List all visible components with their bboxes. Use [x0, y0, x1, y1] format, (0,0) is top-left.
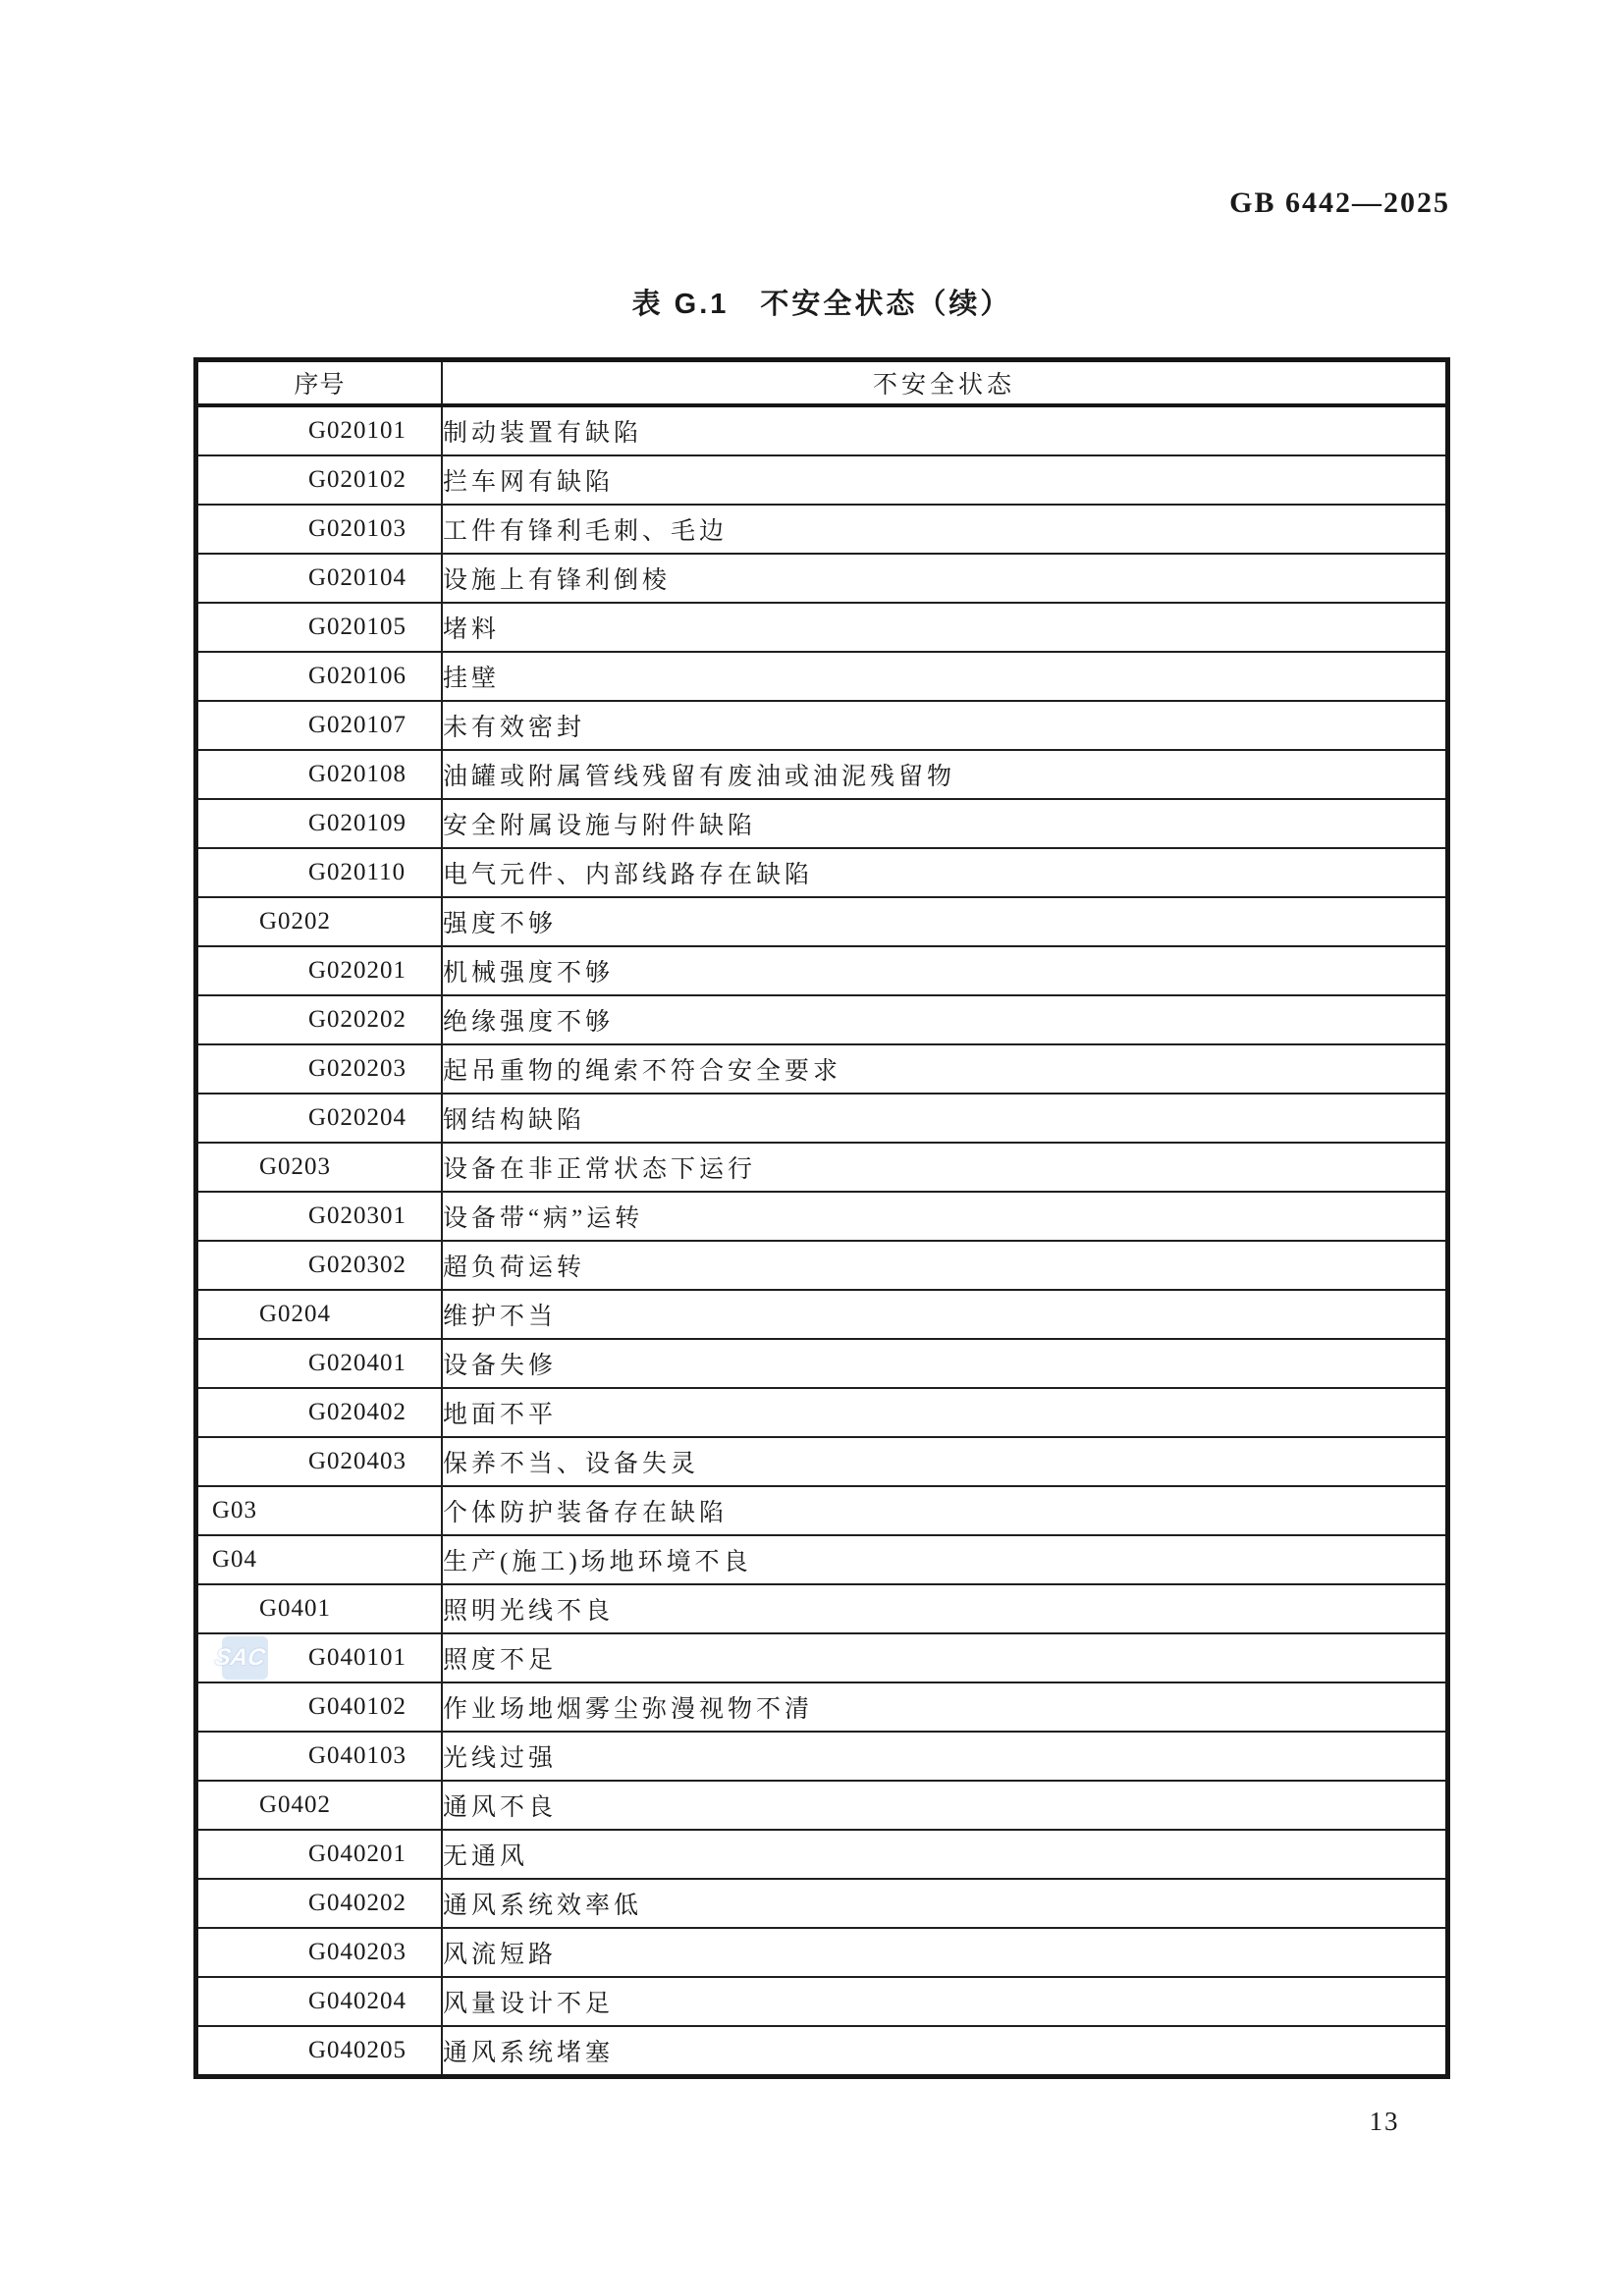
row-state-cell: 保养不当、设备失灵: [442, 1437, 1445, 1486]
row-serial-cell: G020301: [198, 1192, 442, 1241]
table-row: G020203 起吊重物的绳索不符合安全要求: [198, 1044, 1445, 1094]
row-state-cell: 照度不足: [442, 1633, 1445, 1682]
row-state-cell: 工件有锋利毛刺、毛边: [442, 505, 1445, 554]
row-serial-cell: G020302: [198, 1241, 442, 1290]
row-state-cell: 超负荷运转: [442, 1241, 1445, 1290]
row-state-cell: 风量设计不足: [442, 1977, 1445, 2026]
table-row: G040103 光线过强: [198, 1732, 1445, 1781]
table-row: G020108 油罐或附属管线残留有废油或油泥残留物: [198, 750, 1445, 799]
row-state-cell: 设施上有锋利倒棱: [442, 554, 1445, 603]
row-state-cell: 拦车网有缺陷: [442, 455, 1445, 505]
row-serial-cell: G0402: [198, 1781, 442, 1830]
row-state-cell: 通风系统堵塞: [442, 2026, 1445, 2074]
row-state-cell: 机械强度不够: [442, 946, 1445, 995]
table-row: G020109 安全附属设施与附件缺陷: [198, 799, 1445, 848]
table-row: G020302 超负荷运转: [198, 1241, 1445, 1290]
unsafe-state-table: 序号 不安全状态 G020101 制动装置有缺陷 G020102 拦车网有缺陷 …: [193, 357, 1450, 2079]
table-row: G0401 照明光线不良: [198, 1584, 1445, 1633]
row-state-cell: 电气元件、内部线路存在缺陷: [442, 848, 1445, 897]
table-row: G0203 设备在非正常状态下运行: [198, 1143, 1445, 1192]
sac-watermark-logo: SAC: [222, 1636, 268, 1680]
table-row: G020102 拦车网有缺陷: [198, 455, 1445, 505]
row-serial-cell: G040203: [198, 1928, 442, 1977]
row-serial-cell: G040103: [198, 1732, 442, 1781]
table-row: G040102 作业场地烟雾尘弥漫视物不清: [198, 1682, 1445, 1732]
row-serial-cell: G0202: [198, 897, 442, 946]
column-header-state: 不安全状态: [442, 362, 1445, 405]
row-state-cell: 设备带“病”运转: [442, 1192, 1445, 1241]
table-row: G040101 照度不足: [198, 1633, 1445, 1682]
row-serial-cell: G020104: [198, 554, 442, 603]
row-serial-cell: G020101: [198, 405, 442, 455]
row-serial-cell: G020107: [198, 701, 442, 750]
row-serial-cell: G020202: [198, 995, 442, 1044]
sac-watermark-text: SAC: [213, 1644, 267, 1672]
row-state-cell: 维护不当: [442, 1290, 1445, 1339]
row-state-cell: 未有效密封: [442, 701, 1445, 750]
row-state-cell: 无通风: [442, 1830, 1445, 1879]
table-row: G020101 制动装置有缺陷: [198, 405, 1445, 455]
row-serial-cell: G020105: [198, 603, 442, 652]
table-row: G03 个体防护装备存在缺陷: [198, 1486, 1445, 1535]
row-serial-cell: G020402: [198, 1388, 442, 1437]
row-serial-cell: G020403: [198, 1437, 442, 1486]
row-state-cell: 设备失修: [442, 1339, 1445, 1388]
column-header-serial: 序号: [198, 362, 442, 405]
row-state-cell: 钢结构缺陷: [442, 1094, 1445, 1143]
table-row: G020106 挂壁: [198, 652, 1445, 701]
table-row: G020110 电气元件、内部线路存在缺陷: [198, 848, 1445, 897]
table-row: G020107 未有效密封: [198, 701, 1445, 750]
row-serial-cell: G020110: [198, 848, 442, 897]
table-row: G020201 机械强度不够: [198, 946, 1445, 995]
row-serial-cell: G0203: [198, 1143, 442, 1192]
row-state-cell: 堵料: [442, 603, 1445, 652]
row-serial-cell: G040201: [198, 1830, 442, 1879]
row-serial-cell: G0401: [198, 1584, 442, 1633]
table-row: G04 生产(施工)场地环境不良: [198, 1535, 1445, 1584]
row-serial-cell: G040102: [198, 1682, 442, 1732]
table-row: G020301 设备带“病”运转: [198, 1192, 1445, 1241]
table-header-row: 序号 不安全状态: [198, 362, 1445, 405]
table-row: G0204 维护不当: [198, 1290, 1445, 1339]
row-serial-cell: G040204: [198, 1977, 442, 2026]
standard-number: GB 6442—2025: [193, 187, 1450, 220]
row-serial-cell: G0204: [198, 1290, 442, 1339]
row-serial-cell: G020103: [198, 505, 442, 554]
row-state-cell: 生产(施工)场地环境不良: [442, 1535, 1445, 1584]
row-serial-cell: G020201: [198, 946, 442, 995]
table-header: 序号 不安全状态: [198, 362, 1445, 405]
table-row: G040204 风量设计不足: [198, 1977, 1445, 2026]
table-row: G020103 工件有锋利毛刺、毛边: [198, 505, 1445, 554]
row-serial-cell: G020108: [198, 750, 442, 799]
row-state-cell: 通风系统效率低: [442, 1879, 1445, 1928]
table-row: G020402 地面不平: [198, 1388, 1445, 1437]
table-row: G0402 通风不良: [198, 1781, 1445, 1830]
unsafe-state-table-body: G020101 制动装置有缺陷 G020102 拦车网有缺陷 G020103 工…: [198, 405, 1445, 2074]
row-serial-cell: G040205: [198, 2026, 442, 2074]
row-state-cell: 油罐或附属管线残留有废油或油泥残留物: [442, 750, 1445, 799]
table-row: G040201 无通风: [198, 1830, 1445, 1879]
table-row: G020105 堵料: [198, 603, 1445, 652]
row-state-cell: 照明光线不良: [442, 1584, 1445, 1633]
row-state-cell: 强度不够: [442, 897, 1445, 946]
row-state-cell: 设备在非正常状态下运行: [442, 1143, 1445, 1192]
row-serial-cell: G040202: [198, 1879, 442, 1928]
table-row: G020401 设备失修: [198, 1339, 1445, 1388]
row-serial-cell: G020203: [198, 1044, 442, 1094]
table-row: G0202 强度不够: [198, 897, 1445, 946]
row-serial-cell: G020102: [198, 455, 442, 505]
table-row: G020202 绝缘强度不够: [198, 995, 1445, 1044]
row-state-cell: 安全附属设施与附件缺陷: [442, 799, 1445, 848]
row-serial-cell: G020204: [198, 1094, 442, 1143]
page-number: 13: [1335, 2107, 1434, 2137]
row-serial-cell: G020106: [198, 652, 442, 701]
row-state-cell: 个体防护装备存在缺陷: [442, 1486, 1445, 1535]
row-serial-cell: G020401: [198, 1339, 442, 1388]
row-state-cell: 风流短路: [442, 1928, 1445, 1977]
table-row: G040203 风流短路: [198, 1928, 1445, 1977]
row-state-cell: 光线过强: [442, 1732, 1445, 1781]
row-state-cell: 绝缘强度不够: [442, 995, 1445, 1044]
table-row: G020403 保养不当、设备失灵: [198, 1437, 1445, 1486]
row-state-cell: 通风不良: [442, 1781, 1445, 1830]
row-state-cell: 制动装置有缺陷: [442, 405, 1445, 455]
row-state-cell: 起吊重物的绳索不符合安全要求: [442, 1044, 1445, 1094]
row-state-cell: 地面不平: [442, 1388, 1445, 1437]
row-state-cell: 作业场地烟雾尘弥漫视物不清: [442, 1682, 1445, 1732]
row-state-cell: 挂壁: [442, 652, 1445, 701]
row-serial-cell: G04: [198, 1535, 442, 1584]
row-serial-cell: G03: [198, 1486, 442, 1535]
table-row: G020204 钢结构缺陷: [198, 1094, 1445, 1143]
table-caption: 表 G.1 不安全状态（续）: [193, 282, 1450, 322]
table-row: G040202 通风系统效率低: [198, 1879, 1445, 1928]
table-row: G020104 设施上有锋利倒棱: [198, 554, 1445, 603]
row-serial-cell: G020109: [198, 799, 442, 848]
document-page: GB 6442—2025 表 G.1 不安全状态（续） 序号 不安全状态 G02…: [0, 0, 1624, 2296]
table-row: G040205 通风系统堵塞: [198, 2026, 1445, 2074]
